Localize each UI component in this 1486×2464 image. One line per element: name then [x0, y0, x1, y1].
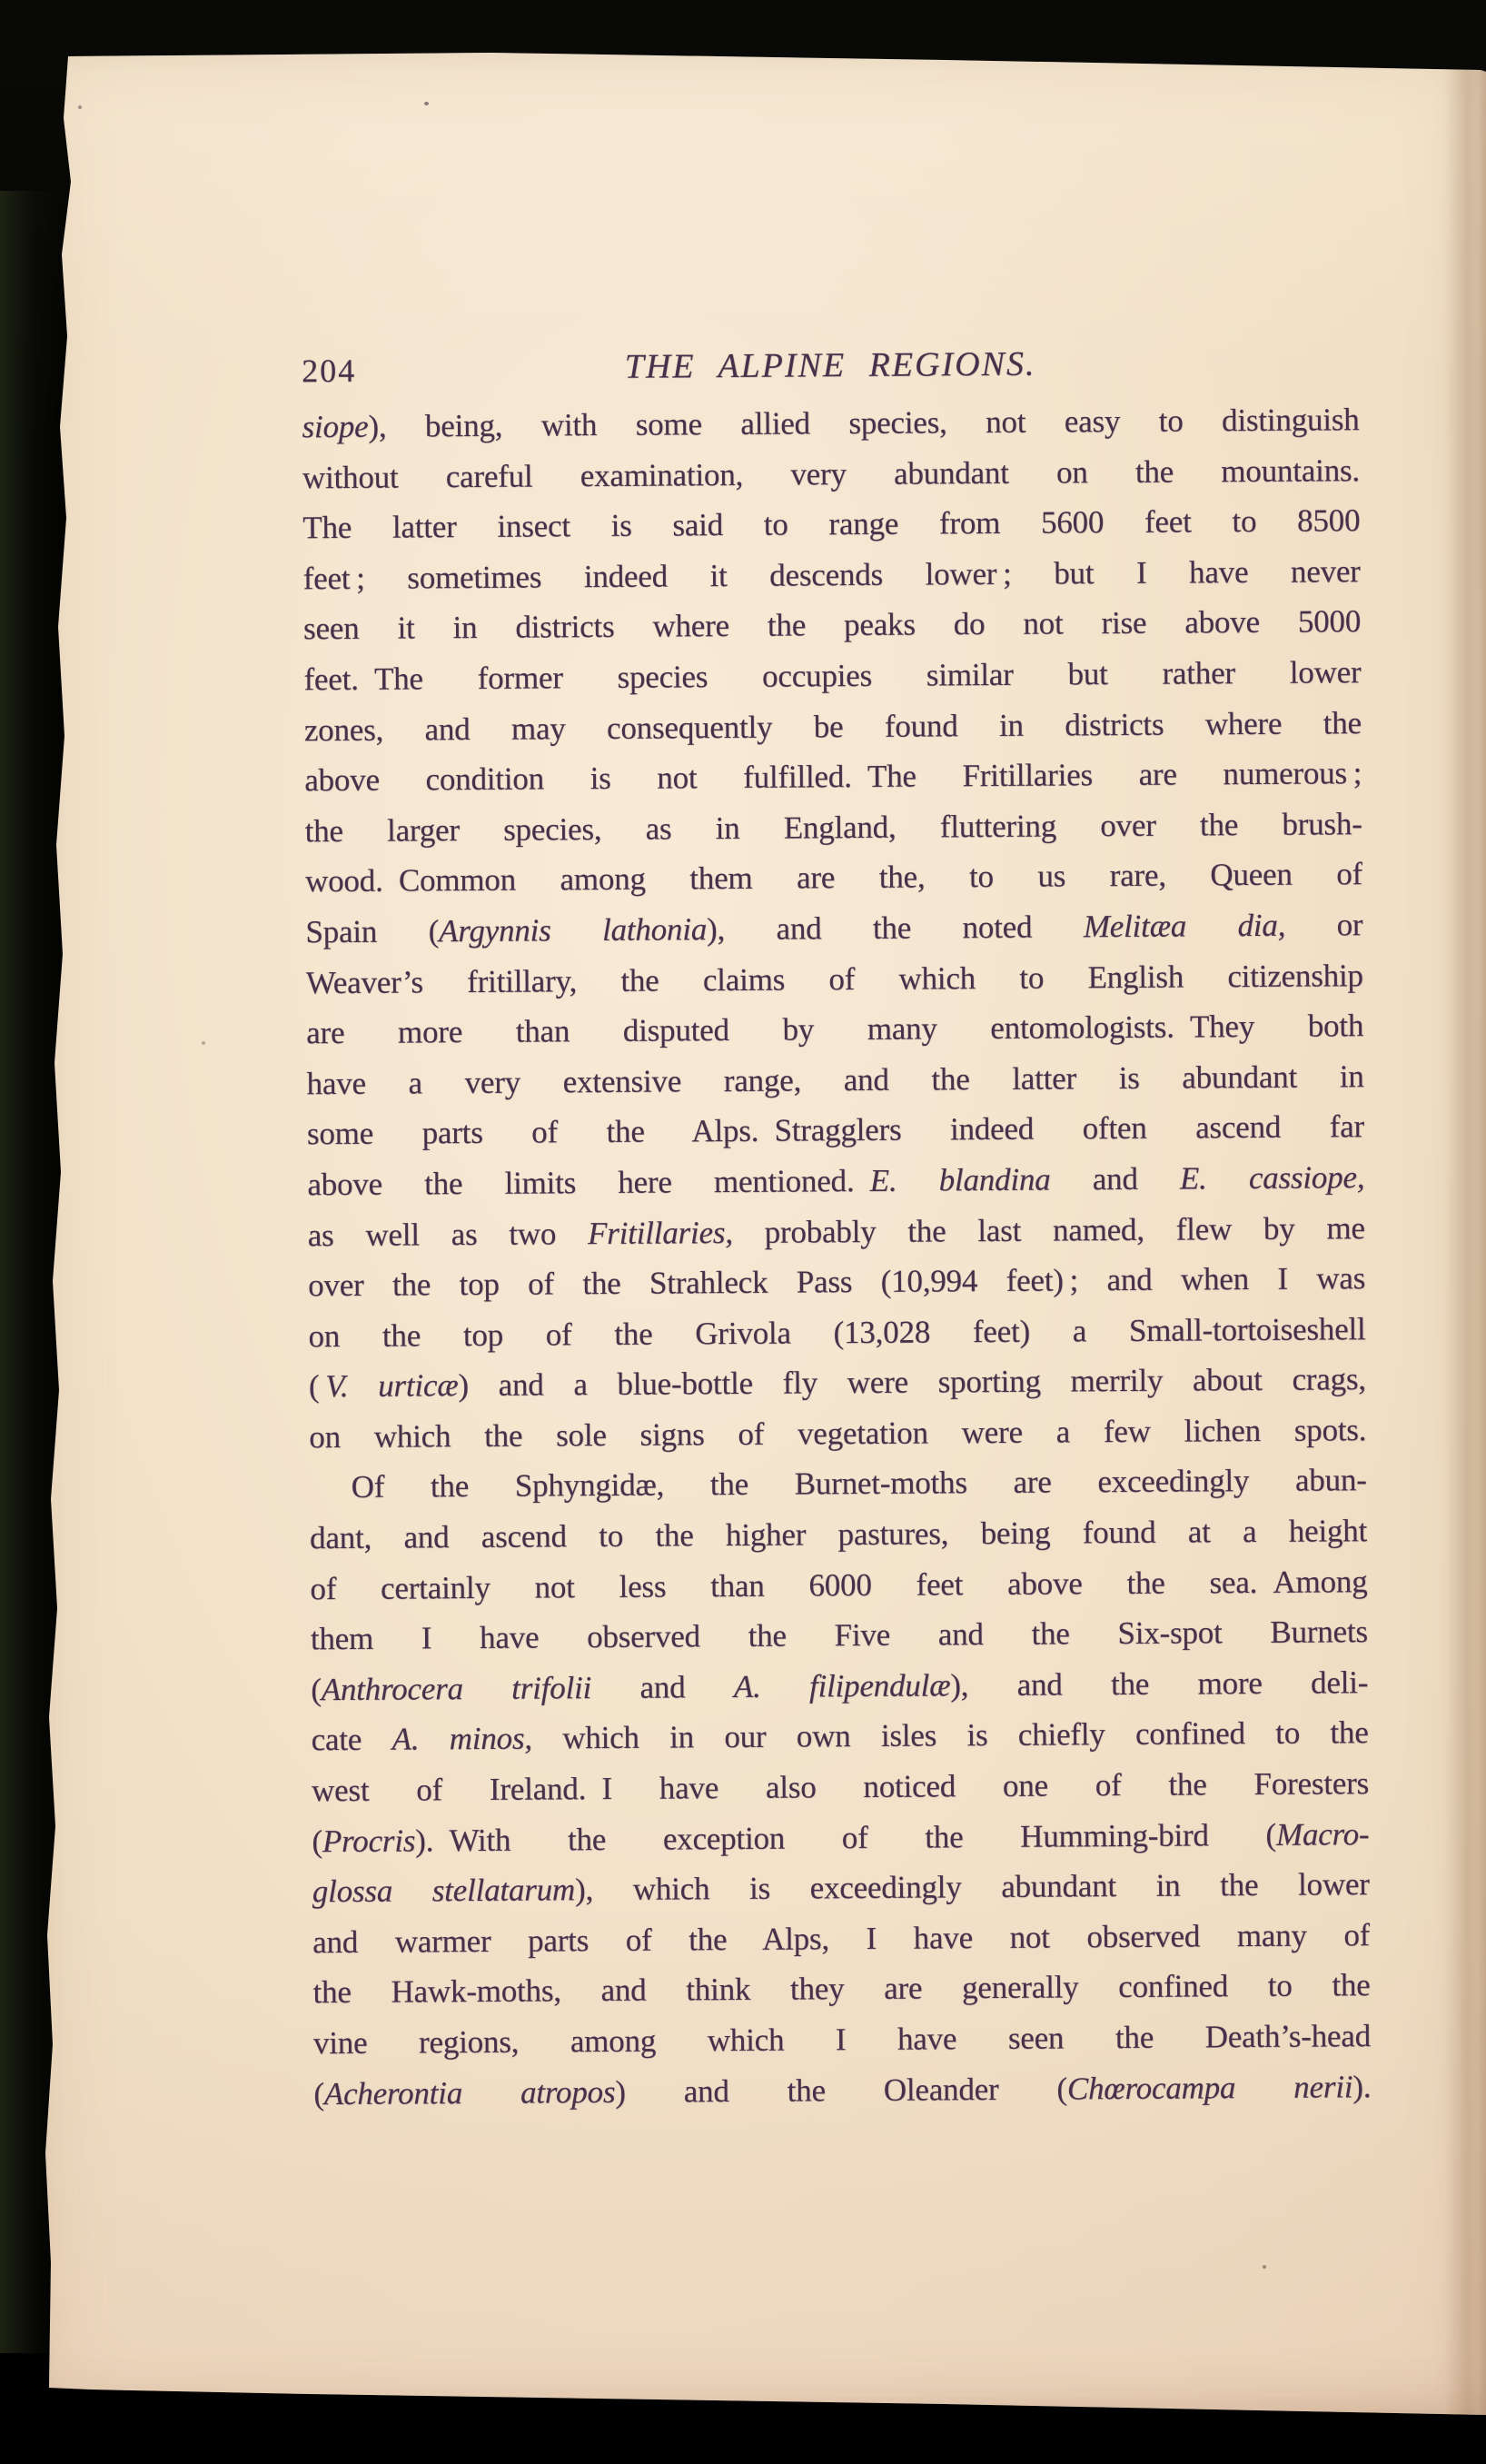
species-name-italic: Melitæa dia,	[1084, 908, 1286, 945]
species-name-italic: V. urticæ	[325, 1367, 459, 1404]
text-line: zones, and may consequently be found in …	[304, 698, 1362, 756]
text-run: or	[1285, 907, 1362, 943]
text-run: cate	[312, 1722, 392, 1758]
text-run: probably the last named, flew by me	[733, 1210, 1365, 1250]
text-run: some parts of the Alps. Stragglers indee…	[307, 1108, 1364, 1151]
text-run: on the top of the Grivola (13,028 feet) …	[308, 1311, 1365, 1354]
text-run: them I have observed the Five and the Si…	[311, 1614, 1368, 1656]
text-line: Of the Sphyngidæ, the Burnet-moths are e…	[310, 1456, 1367, 1514]
text-run: above condition is not fulfilled. The Fr…	[304, 755, 1362, 798]
text-line: Spain (Argynnis lathonia), and the noted…	[305, 899, 1362, 958]
text-line: have a very extensive range, and the lat…	[306, 1051, 1363, 1109]
text-line: on which the sole signs of vegetation we…	[309, 1405, 1366, 1463]
text-run: feet. The former species occupies simila…	[303, 654, 1361, 697]
text-line: the Hawk-moths, and think they are gener…	[312, 1961, 1370, 2019]
text-run: on which the sole signs of vegetation we…	[309, 1412, 1366, 1455]
page-header: 204 THE ALPINE REGIONS.	[302, 342, 1359, 396]
text-line: cate A. minos, which in our own isles is…	[311, 1708, 1368, 1766]
text-run: ), and the noted	[707, 909, 1084, 947]
text-line: (Procris). With the exception of the Hum…	[312, 1809, 1369, 1867]
text-run: Weaver’s fritillary, the claims of which…	[306, 958, 1363, 1000]
text-line: the larger species, as in England, flutt…	[304, 799, 1362, 857]
text-run: and	[591, 1669, 734, 1705]
species-name-italic: Fritillaries,	[588, 1214, 733, 1250]
text-run: without careful examination, very abunda…	[302, 452, 1360, 495]
text-line: some parts of the Alps. Stragglers indee…	[307, 1101, 1364, 1159]
species-name-italic: E. blandina	[870, 1161, 1051, 1197]
text-line: as well as two Fritillaries, probably th…	[308, 1203, 1365, 1261]
text-run: of certainly not less than 6000 feet abo…	[310, 1564, 1367, 1606]
text-line: siope), being, with some allied species,…	[302, 394, 1359, 452]
text-line: Weaver’s fritillary, the claims of which…	[306, 950, 1363, 1008]
species-name-italic: Procris	[322, 1823, 416, 1859]
text-run: (	[311, 1672, 322, 1707]
text-line: (Acherontia atropos) and the Oleander (C…	[313, 2062, 1371, 2120]
text-line: (Anthrocera trifolii and A. filipendulæ)…	[311, 1657, 1368, 1715]
text-run: the larger species, as in England, flutt…	[305, 806, 1362, 849]
text-line: over the top of the Strahleck Pass (10,9…	[308, 1253, 1365, 1311]
text-line: wood. Common among them are the, to us r…	[305, 849, 1362, 907]
species-name-italic: glossa stellatarum	[312, 1872, 575, 1909]
text-run: ), being, with some allied species, not …	[368, 402, 1359, 444]
text-run: ) and a blue-bottle fly were sporting me…	[458, 1361, 1366, 1403]
species-name-italic: siope	[302, 409, 368, 445]
text-line: glossa stellatarum), which is exceedingl…	[312, 1859, 1370, 1917]
species-name-italic: Chœrocampa nerii	[1067, 2069, 1353, 2106]
book-page: 204 THE ALPINE REGIONS. siope), being, w…	[36, 45, 1486, 2421]
text-run: Spain (	[305, 913, 439, 949]
text-line: feet. The former species occupies simila…	[303, 647, 1361, 705]
text-line: ( V. urticæ) and a blue-bottle fly were …	[309, 1354, 1366, 1412]
text-line: on the top of the Grivola (13,028 feet) …	[308, 1304, 1365, 1362]
text-run: and	[1050, 1160, 1180, 1197]
text-run: ).	[1352, 2069, 1371, 2104]
text-line: vine regions, among which I have seen th…	[313, 2011, 1371, 2069]
text-line: dant, and ascend to the higher pastures,…	[310, 1505, 1367, 1564]
text-line: are more than disputed by many entomolog…	[306, 1000, 1363, 1058]
text-run: feet ; sometimes indeed it descends lowe…	[303, 553, 1361, 596]
text-run: (	[309, 1368, 326, 1404]
running-title: THE ALPINE REGIONS.	[302, 342, 1359, 389]
text-run: zones, and may consequently be found in …	[304, 705, 1362, 748]
text-line: of certainly not less than 6000 feet abo…	[310, 1556, 1367, 1615]
text-run: above the limits here mentioned.	[307, 1163, 870, 1202]
species-name-italic: A. filipendulæ	[734, 1667, 951, 1704]
species-name-italic: Acherontia atropos	[324, 2074, 616, 2111]
text-line: and warmer parts of the Alps, I have not…	[312, 1910, 1370, 1968]
text-run: (	[313, 2076, 324, 2111]
text-line: seen it in districts where the peaks do …	[303, 597, 1361, 655]
text-run: ), and the more deli-	[950, 1664, 1368, 1703]
text-run: which in our own isles is chiefly confin…	[532, 1715, 1369, 1756]
text-line: feet ; sometimes indeed it descends lowe…	[303, 546, 1361, 604]
text-line: The latter insect is said to range from …	[302, 495, 1360, 553]
text-line: above condition is not fulfilled. The Fr…	[304, 748, 1362, 806]
text-run: (	[312, 1823, 322, 1859]
text-line: without careful examination, very abunda…	[302, 445, 1360, 503]
species-name-italic: A. minos,	[391, 1721, 532, 1757]
species-name-italic: Macro-	[1276, 1816, 1370, 1853]
text-run: seen it in districts where the peaks do …	[303, 604, 1361, 647]
text-run: west of Ireland. I have also noticed one…	[312, 1765, 1369, 1808]
text-run: the Hawk-moths, and think they are gener…	[312, 1968, 1370, 2011]
text-run: wood. Common among them are the, to us r…	[305, 856, 1362, 899]
body-text: siope), being, with some allied species,…	[302, 394, 1371, 2119]
species-name-italic: Anthrocera trifolii	[322, 1670, 592, 1707]
text-run: are more than disputed by many entomolog…	[306, 1008, 1363, 1050]
text-run: ) and the Oleander (	[615, 2071, 1067, 2109]
text-run: over the top of the Strahleck Pass (10,9…	[308, 1260, 1365, 1303]
species-name-italic: Argynnis lathonia	[439, 911, 707, 949]
species-name-italic: E. cassiope,	[1180, 1159, 1365, 1196]
text-run: ), which is exceedingly abundant in the …	[575, 1866, 1370, 1907]
text-run: Of the Sphyngidæ, the Burnet-moths are e…	[352, 1463, 1367, 1505]
scanned-book-photo: 204 THE ALPINE REGIONS. siope), being, w…	[0, 0, 1486, 2464]
text-run: The latter insect is said to range from …	[302, 502, 1360, 545]
text-run: have a very extensive range, and the lat…	[306, 1058, 1363, 1101]
page-content: 204 THE ALPINE REGIONS. siope), being, w…	[35, 39, 1486, 2425]
text-run: ). With the exception of the Humming-bir…	[415, 1816, 1276, 1858]
text-line: west of Ireland. I have also noticed one…	[312, 1758, 1369, 1816]
text-line: them I have observed the Five and the Si…	[311, 1606, 1368, 1664]
text-run: as well as two	[308, 1216, 589, 1253]
text-line: above the limits here mentioned. E. blan…	[307, 1152, 1364, 1210]
text-run: dant, and ascend to the higher pastures,…	[310, 1513, 1367, 1555]
text-run: vine regions, among which I have seen th…	[313, 2018, 1371, 2061]
text-run: and warmer parts of the Alps, I have not…	[312, 1917, 1370, 1960]
